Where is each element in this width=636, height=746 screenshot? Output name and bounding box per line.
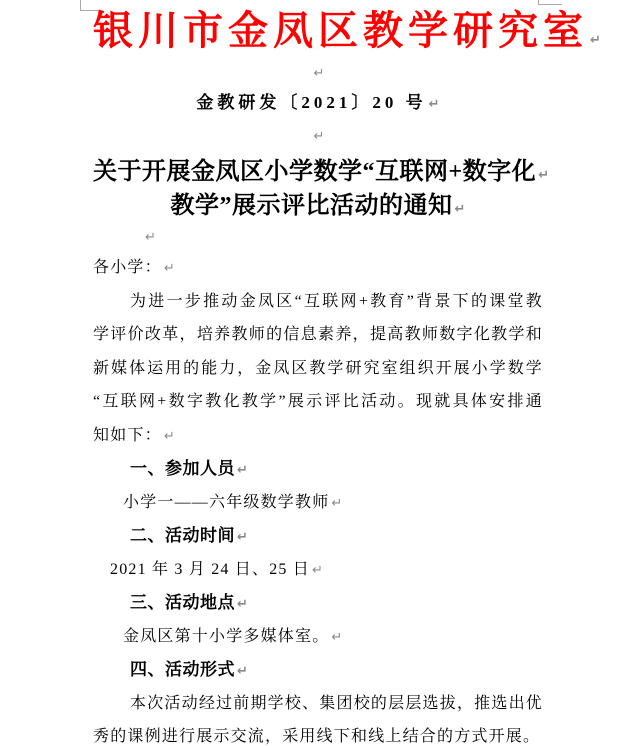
section-2-heading: 二、活动时间↵ bbox=[93, 519, 543, 553]
intro-text-1: 为进一步推动金凤区“互联网+教育”背景下的课堂教 bbox=[130, 293, 543, 310]
section-4-content-line-2: 秀的课例进行展示交流，采用线下和线上结合的方式开展。 bbox=[93, 720, 543, 746]
doc-number-text: 金教研发〔2021〕20 号 bbox=[196, 93, 426, 112]
section-4-content-text-2: 秀的课例进行展示交流，采用线下和线上结合的方式开展。 bbox=[93, 728, 540, 745]
notice-title-line-1: 关于开展金凤区小学数学“互联网+数字化↵ bbox=[93, 155, 543, 189]
text-column: 银川市金凤区教学研究室↵ ↵ 金教研发〔2021〕20 号↵ ↵ 关于开展金凤区… bbox=[93, 0, 543, 746]
intro-line-2: 学评价改革，培养教师的信息素养，提高教师数字化教学和 bbox=[93, 318, 543, 352]
section-1-heading-text: 一、参加人员 bbox=[130, 459, 235, 478]
section-4-content-line-1: 本次活动经过前期学校、集团校的层层选拔，推选出优 bbox=[93, 687, 543, 721]
blank-line: ↵ bbox=[93, 117, 543, 155]
section-2-heading-text: 二、活动时间 bbox=[130, 526, 235, 545]
paragraph-mark: ↵ bbox=[310, 563, 323, 578]
section-3-heading: 三、活动地点↵ bbox=[93, 586, 543, 620]
paragraph-mark: ↵ bbox=[235, 664, 248, 679]
paragraph-mark: ↵ bbox=[453, 202, 466, 217]
section-1-content-text: 小学一——六年级数学教师 bbox=[123, 494, 329, 511]
section-3-content-text: 金凤区第十小学多媒体室。 bbox=[123, 628, 329, 645]
intro-line-5: 知如下：↵ bbox=[93, 419, 543, 453]
blank-line: ↵ bbox=[93, 223, 543, 251]
paragraph-mark: ↵ bbox=[312, 129, 325, 144]
paragraph-mark: ↵ bbox=[329, 496, 342, 511]
paragraph-mark: ↵ bbox=[143, 230, 156, 245]
paragraph-mark: ↵ bbox=[536, 168, 549, 183]
paragraph-mark: ↵ bbox=[162, 429, 175, 444]
blank-line: ↵ bbox=[93, 56, 543, 89]
section-1-heading: 一、参加人员↵ bbox=[93, 452, 543, 486]
intro-text-2: 学评价改革，培养教师的信息素养，提高教师数字化教学和 bbox=[93, 326, 543, 343]
intro-text-4: “互联网+数字教化教学”展示评比活动。现就具体安排通 bbox=[93, 393, 543, 410]
section-4-heading-text: 四、活动形式 bbox=[130, 660, 235, 679]
notice-title-text-1: 关于开展金凤区小学数学“互联网+数字化 bbox=[93, 159, 536, 185]
intro-text-5: 知如下： bbox=[93, 427, 162, 444]
org-header-text: 银川市金凤区教学研究室 bbox=[93, 9, 588, 53]
paragraph-mark: ↵ bbox=[312, 66, 325, 81]
paragraph-mark: ↵ bbox=[329, 630, 342, 645]
notice-title-text-2: 教学”展示评比活动的通知 bbox=[171, 193, 453, 219]
salutation-line: 各小学：↵ bbox=[93, 251, 543, 285]
section-3-content: 金凤区第十小学多媒体室。↵ bbox=[93, 620, 543, 654]
intro-line-4: “互联网+数字教化教学”展示评比活动。现就具体安排通 bbox=[93, 385, 543, 419]
document-page: 银川市金凤区教学研究室↵ ↵ 金教研发〔2021〕20 号↵ ↵ 关于开展金凤区… bbox=[0, 0, 636, 746]
notice-title-line-2: 教学”展示评比活动的通知↵ bbox=[93, 189, 543, 223]
org-header-title: 银川市金凤区教学研究室↵ bbox=[93, 6, 543, 56]
paragraph-mark: ↵ bbox=[235, 530, 248, 545]
salutation-text: 各小学： bbox=[93, 259, 162, 276]
section-2-content: 2021 年 3 月 24 日、25 日↵ bbox=[93, 553, 543, 587]
intro-text-3: 新媒体运用的能力，金凤区教学研究室组织开展小学数学 bbox=[93, 360, 543, 377]
doc-number: 金教研发〔2021〕20 号↵ bbox=[93, 89, 543, 117]
section-1-content: 小学一——六年级数学教师↵ bbox=[93, 486, 543, 520]
section-2-content-text: 2021 年 3 月 24 日、25 日 bbox=[110, 561, 310, 578]
section-4-content-text-1: 本次活动经过前期学校、集团校的层层选拔，推选出优 bbox=[130, 695, 543, 712]
paragraph-mark: ↵ bbox=[162, 261, 175, 276]
intro-line-3: 新媒体运用的能力，金凤区教学研究室组织开展小学数学 bbox=[93, 352, 543, 386]
intro-line-1: 为进一步推动金凤区“互联网+教育”背景下的课堂教 bbox=[93, 285, 543, 319]
paragraph-mark: ↵ bbox=[235, 463, 248, 478]
section-3-heading-text: 三、活动地点 bbox=[130, 593, 235, 612]
paragraph-mark: ↵ bbox=[235, 597, 248, 612]
paragraph-mark: ↵ bbox=[427, 97, 440, 112]
paragraph-mark: ↵ bbox=[588, 33, 601, 48]
section-4-heading: 四、活动形式↵ bbox=[93, 653, 543, 687]
